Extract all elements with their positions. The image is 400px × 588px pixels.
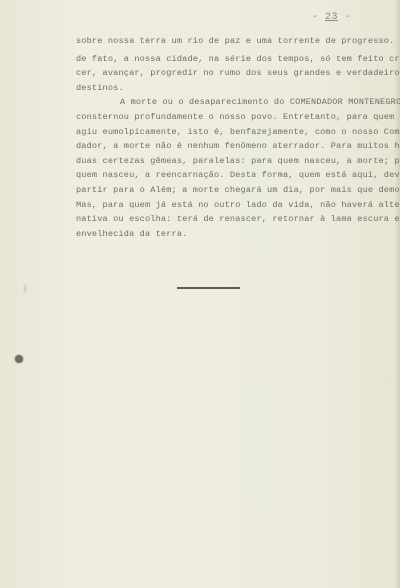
text-line: de fato, a nossa cidade, na série dos te… bbox=[76, 52, 376, 67]
punch-hole-mark bbox=[23, 283, 27, 294]
text-line: destinos. bbox=[76, 81, 376, 96]
text-line: quem nasceu, a reencarnação. Desta forma… bbox=[76, 168, 376, 183]
paragraph-start-line: A morte ou o desaparecimento do COMENDAD… bbox=[76, 95, 376, 110]
text-line: cer, avançar, progredir no rumo dos seus… bbox=[76, 66, 376, 81]
page-number-value: 23 bbox=[325, 12, 338, 23]
section-divider-rule bbox=[177, 287, 240, 289]
text-line: duas certezas gêmeas, paralelas: para qu… bbox=[76, 154, 376, 169]
text-line: envelhecida da terra. bbox=[76, 227, 376, 242]
body-text: sobre nossa terra um rio de paz e uma to… bbox=[76, 34, 376, 241]
text-line: agiu eumolpicamente, isto é, benfazejame… bbox=[76, 125, 376, 140]
punch-hole bbox=[14, 354, 24, 364]
text-line: sobre nossa terra um rio de paz e uma to… bbox=[76, 34, 376, 49]
page-number-suffix: - bbox=[338, 12, 351, 23]
text-line: nativa ou escolha: terá de renascer, ret… bbox=[76, 212, 376, 227]
page-number-prefix: - bbox=[312, 12, 325, 23]
document-page: - 23 - sobre nossa terra um rio de paz e… bbox=[0, 0, 400, 588]
page-edge-shadow bbox=[394, 0, 400, 588]
text-line: partir para o Além; a morte chegará um d… bbox=[76, 183, 376, 198]
text-line: consternou profundamente o nosso povo. E… bbox=[76, 110, 376, 125]
text-line: dador, a morte não é nenhum fenômeno ate… bbox=[76, 139, 376, 154]
text-line: Mas, para quem já está no outro lado da … bbox=[76, 198, 376, 213]
page-number: - 23 - bbox=[312, 12, 351, 23]
